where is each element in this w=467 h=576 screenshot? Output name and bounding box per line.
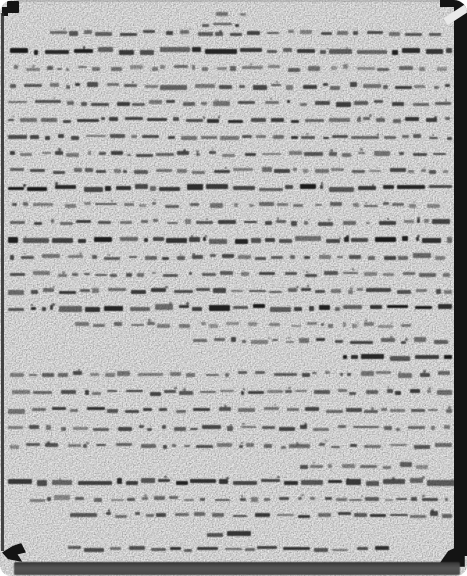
scan-line	[68, 544, 390, 554]
scan-line	[8, 132, 452, 142]
scan-line	[10, 149, 450, 159]
scanner-bottom-bar	[14, 562, 460, 575]
page-left-border-rule	[1, 13, 4, 551]
scan-line	[193, 336, 450, 346]
scan-line	[10, 81, 450, 91]
scan-line	[30, 494, 448, 504]
scan-line	[10, 166, 448, 176]
scan-line	[8, 98, 452, 108]
scan-line	[10, 252, 450, 262]
document-ink-layer	[0, 0, 467, 576]
scan-line	[8, 286, 452, 296]
scanned-document-page	[0, 0, 467, 576]
scan-line	[8, 235, 452, 245]
scan-line	[300, 461, 440, 471]
scan-line	[8, 303, 452, 313]
scan-line	[8, 423, 450, 433]
scan-line	[12, 200, 450, 210]
scan-line	[75, 320, 420, 330]
scan-line	[10, 217, 452, 227]
scan-line	[50, 28, 450, 38]
scan-line	[8, 183, 452, 193]
page-right-border-band	[454, 4, 467, 556]
scan-line	[10, 369, 450, 379]
scan-line	[10, 441, 452, 451]
scan-line	[207, 528, 253, 538]
page-top-edge-rule	[16, 0, 448, 2]
torn-corner-top-left	[7, 1, 19, 13]
scan-line	[343, 352, 452, 362]
scan-line	[10, 269, 450, 279]
scan-line	[14, 63, 448, 73]
scan-line	[70, 510, 452, 520]
scan-line	[12, 387, 452, 397]
scan-line	[216, 9, 250, 19]
scan-line	[10, 46, 452, 56]
scan-line	[8, 115, 450, 125]
scan-line	[8, 477, 455, 487]
scan-line	[8, 405, 452, 415]
scanned-document-viewport	[0, 0, 467, 576]
